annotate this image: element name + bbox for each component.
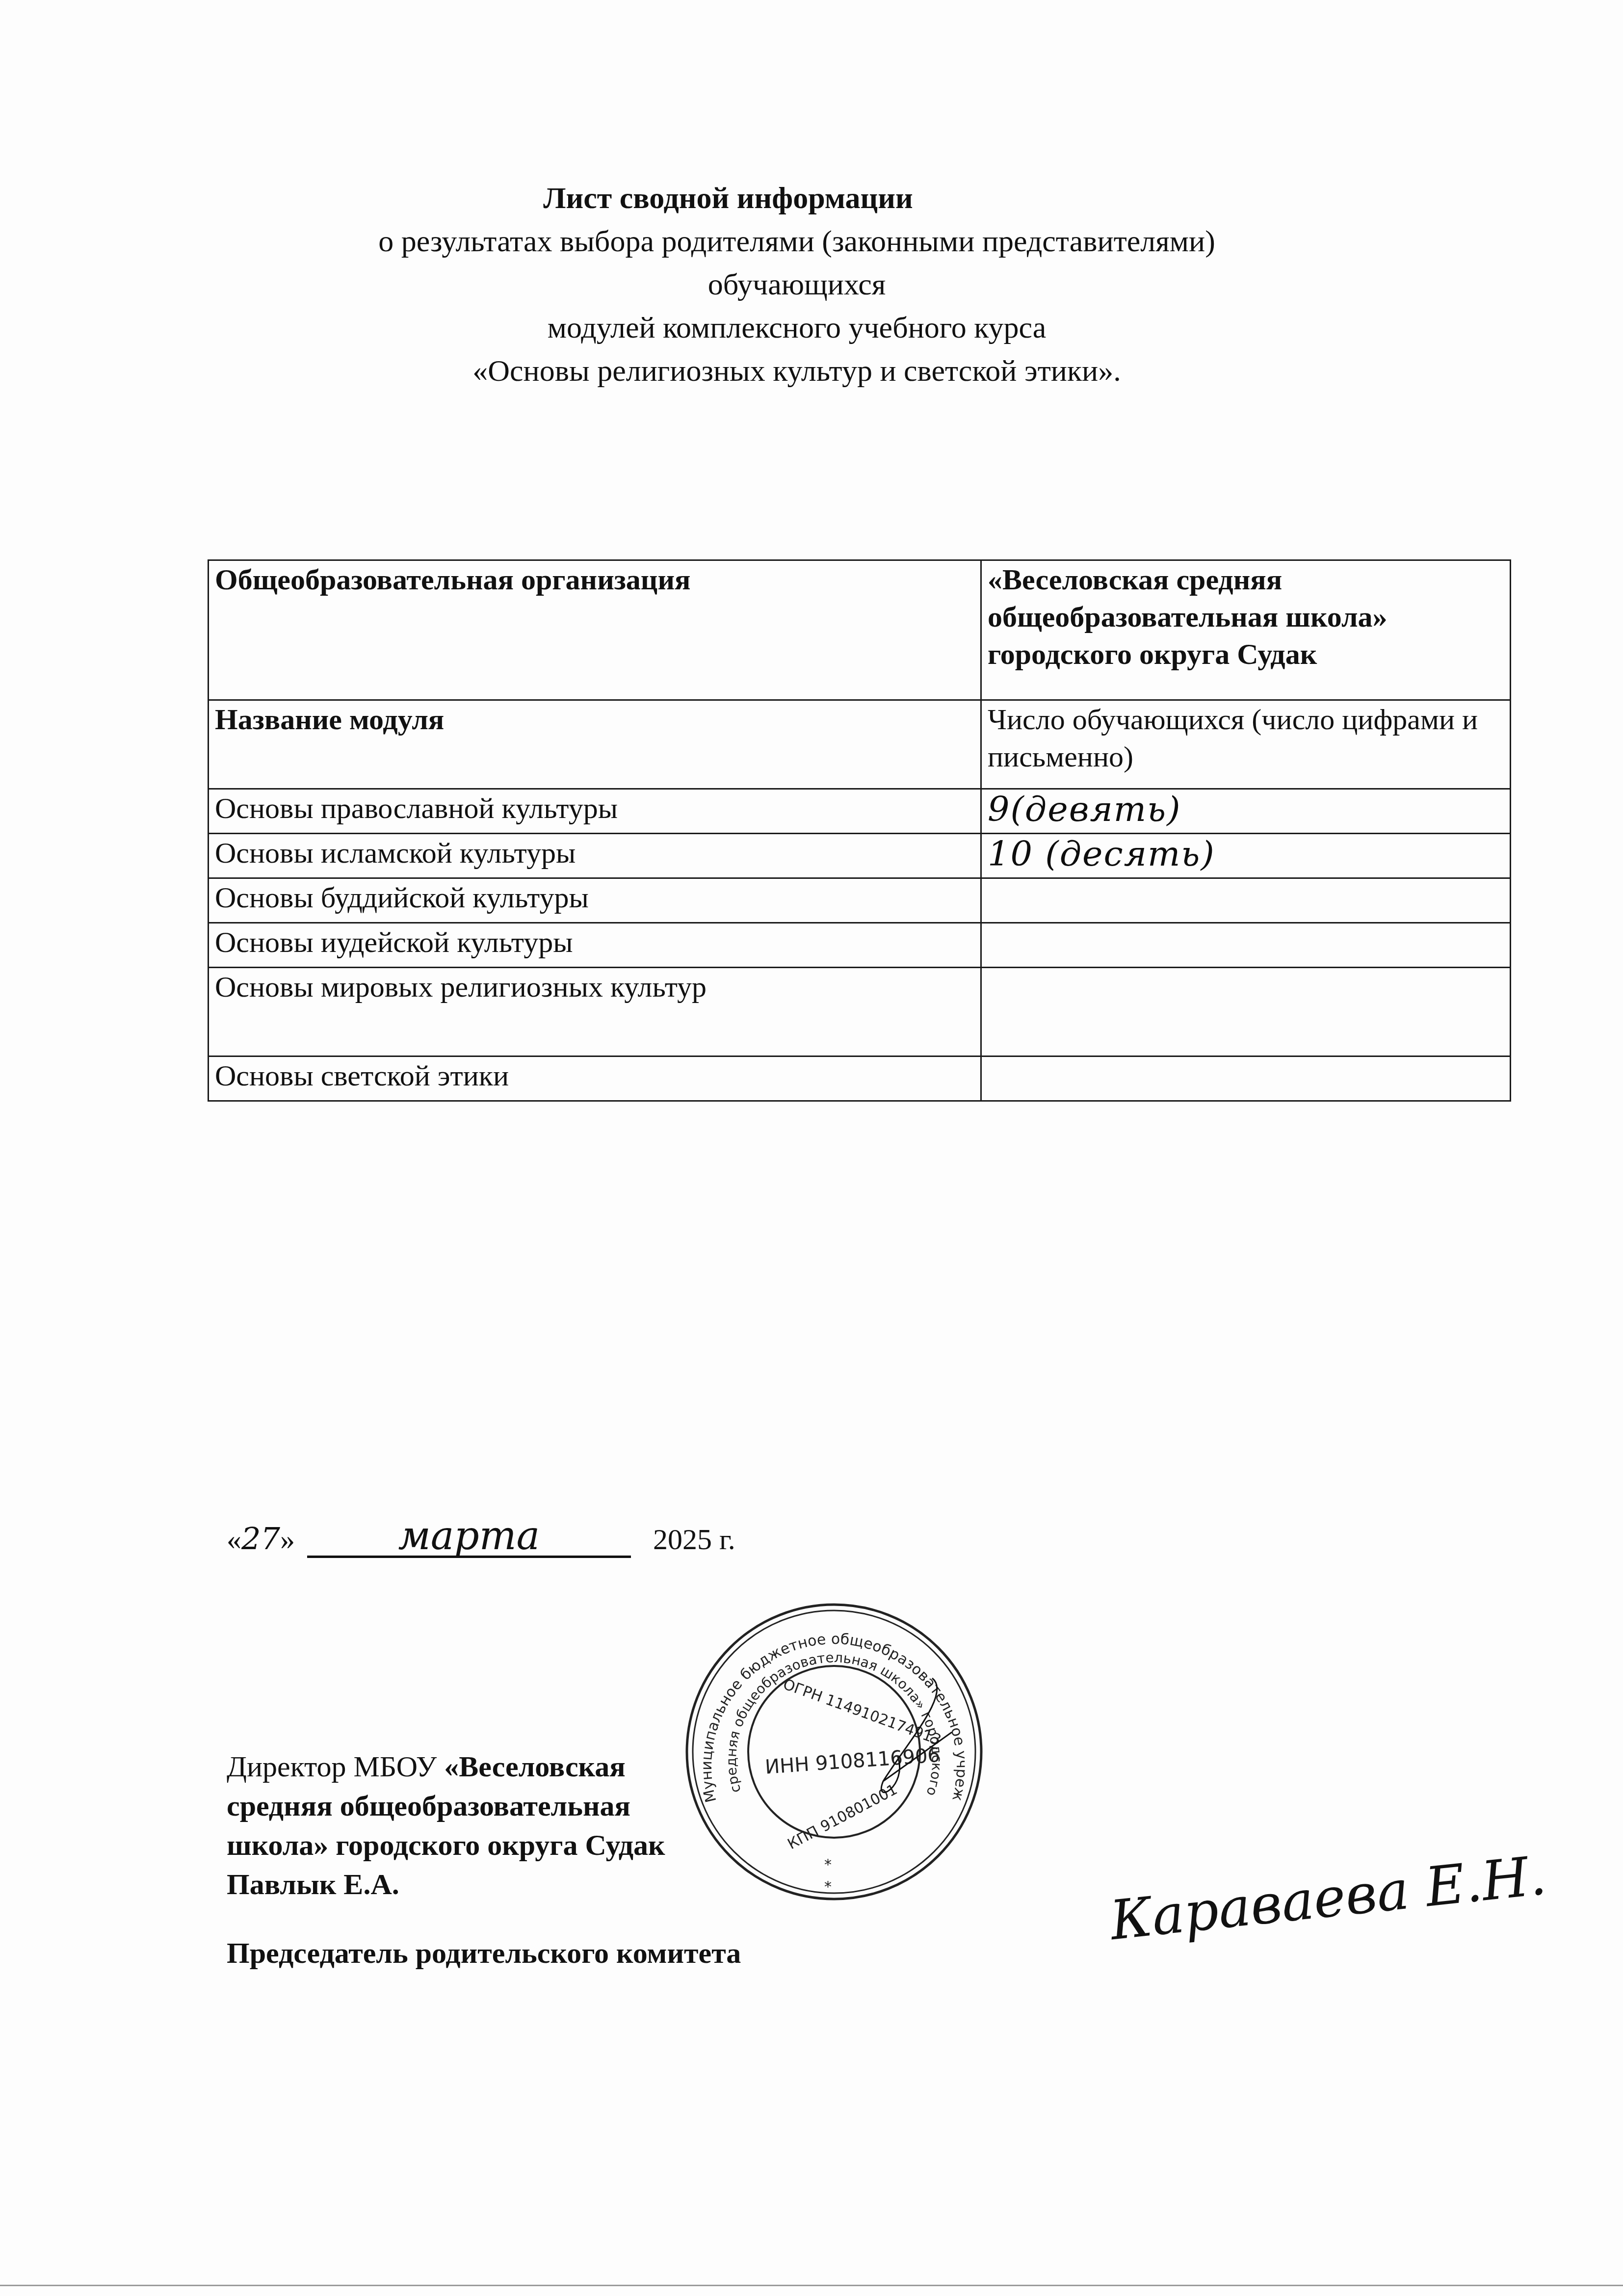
scan-edge-divider — [0, 2285, 1623, 2286]
director-org-line-2: средняя общеобразовательная — [227, 1786, 665, 1825]
subtitle-line-1: о результатах выбора родителями (законны… — [0, 220, 1623, 263]
student-count-cell — [981, 968, 1511, 1056]
document-title: Лист сводной информации — [0, 177, 1623, 220]
module-name-cell: Основы исламской культуры — [209, 834, 981, 878]
subtitle-line-4: «Основы религиозных культур и светской э… — [0, 349, 1623, 393]
column-header-count: Число обучающихся (число цифрами и письм… — [981, 700, 1511, 789]
date-year: 2025 г. — [653, 1523, 735, 1556]
table-row: Основы светской этики — [209, 1056, 1511, 1101]
date-close-quote: » — [280, 1523, 295, 1556]
document-header: Лист сводной информации о результатах вы… — [0, 177, 1623, 393]
student-count-cell — [981, 923, 1511, 968]
date-day: 27 — [241, 1521, 280, 1557]
org-label-cell: Общеобразовательная организация — [209, 560, 981, 700]
module-name-cell: Основы иудейской культуры — [209, 923, 981, 968]
chair-label: Председатель родительского комитета — [227, 1933, 741, 1973]
director-signature-block: Директор МБОУ «Веселовская средняя общео… — [227, 1747, 665, 1904]
subtitle-line-3: модулей комплексного учебного курса — [0, 306, 1623, 349]
module-name-cell: Основы мировых религиозных культур — [209, 968, 981, 1056]
student-count-cell: 9(девять) — [981, 789, 1511, 834]
module-name-cell: Основы буддийской культуры — [209, 878, 981, 923]
stamp-inn: ИНН 9108116906 — [764, 1744, 941, 1779]
table-row-organization: Общеобразовательная организация «Веселов… — [209, 560, 1511, 700]
date-month: марта — [307, 1516, 631, 1558]
table-row: Основы православной культуры 9(девять) — [209, 789, 1511, 834]
student-count-cell: 10 (десять) — [981, 834, 1511, 878]
student-count-cell — [981, 1056, 1511, 1101]
date-line: «27» марта 2025 г. — [227, 1516, 735, 1559]
director-title-line: Директор МБОУ «Веселовская — [227, 1747, 665, 1786]
student-count-cell — [981, 878, 1511, 923]
table-row: Основы иудейской культуры — [209, 923, 1511, 968]
table-row: Основы исламской культуры 10 (десять) — [209, 834, 1511, 878]
subtitle-line-2: обучающихся — [0, 263, 1623, 306]
chair-signature: Караваева Е.Н. — [1107, 1844, 1549, 1952]
official-stamp-icon: Муниципальное бюджетное общеобразователь… — [677, 1595, 991, 1909]
director-org-line-3: школа» городского округа Судак — [227, 1825, 665, 1865]
director-org-start: «Веселовская — [444, 1750, 625, 1783]
director-prefix: Директор МБОУ — [227, 1750, 444, 1783]
table-row: Основы мировых религиозных культур — [209, 968, 1511, 1056]
module-name-cell: Основы православной культуры — [209, 789, 981, 834]
org-value-cell: «Веселовская средняя общеобразовательная… — [981, 560, 1511, 700]
table-header-row: Название модуля Число обучающихся (число… — [209, 700, 1511, 789]
module-name-cell: Основы светской этики — [209, 1056, 981, 1101]
svg-text:*: * — [824, 1878, 832, 1896]
column-header-module: Название модуля — [209, 700, 981, 789]
table-row: Основы буддийской культуры — [209, 878, 1511, 923]
date-open-quote: « — [227, 1523, 241, 1556]
director-name: Павлык Е.А. — [227, 1865, 665, 1904]
summary-table: Общеобразовательная организация «Веселов… — [208, 559, 1511, 1102]
svg-text:*: * — [824, 1856, 832, 1874]
